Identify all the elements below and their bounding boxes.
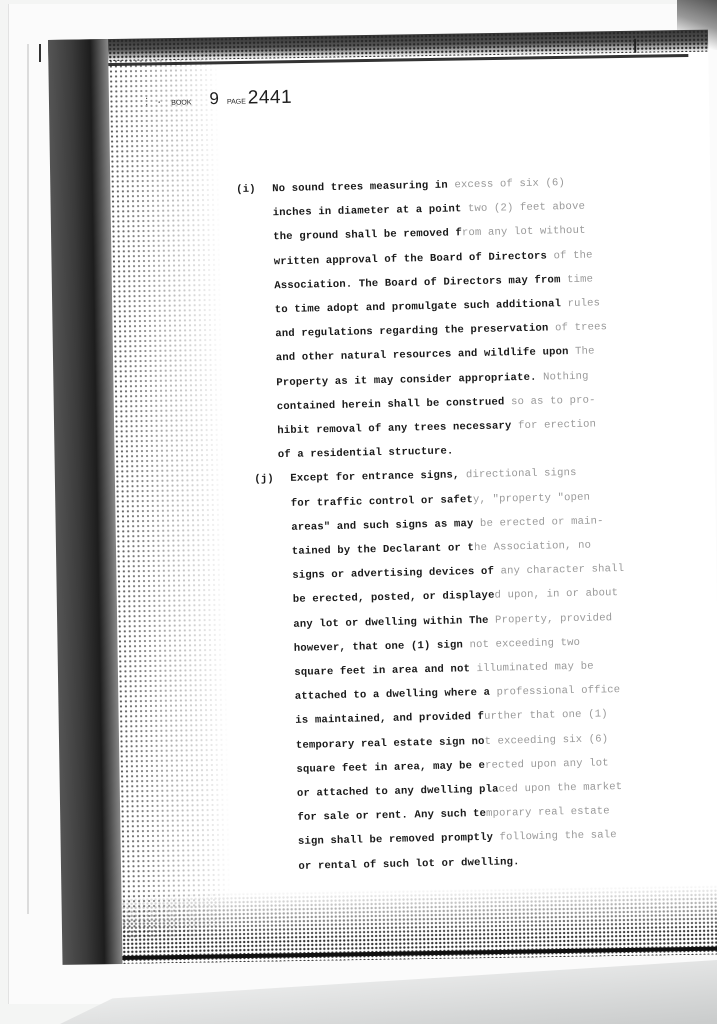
paragraph-j: (j) Except for entrance signs, direction… bbox=[242, 460, 651, 880]
copy-right-tick bbox=[634, 39, 636, 53]
document-body: (i) No sound trees measuring in excess o… bbox=[236, 170, 651, 880]
book-number: 9 bbox=[209, 89, 219, 109]
paper-stack-mark bbox=[39, 44, 41, 62]
page-label: PAGE bbox=[227, 99, 246, 106]
copy-left-speckle bbox=[108, 57, 232, 939]
paragraph-lines: No sound trees measuring in excess of si… bbox=[272, 170, 642, 468]
paper-stack-edge bbox=[27, 44, 29, 914]
page-number: 2441 bbox=[248, 87, 293, 110]
paragraph-marker: (i) bbox=[236, 178, 256, 203]
paragraph-i: (i) No sound trees measuring in excess o… bbox=[236, 170, 642, 469]
book-page-stamp: ⁚ · BOOK 9 PAGE 2441 bbox=[145, 87, 292, 111]
paragraph-marker: (j) bbox=[254, 468, 274, 493]
stamp-speckle: ⁚ · bbox=[145, 97, 163, 109]
book-label: BOOK bbox=[171, 99, 191, 106]
paragraph-lines: Except for entrance signs, directional s… bbox=[290, 460, 651, 879]
